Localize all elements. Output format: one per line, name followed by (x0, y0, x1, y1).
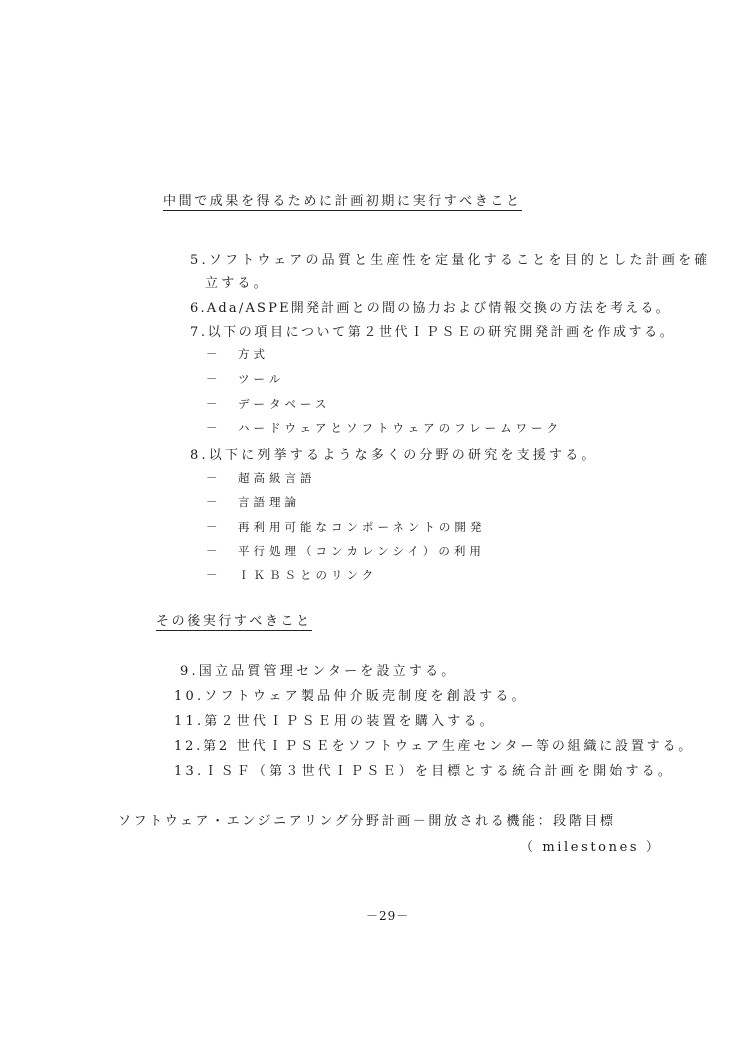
sub-item-8-3: －再利用可能なコンポーネントの開発 (206, 519, 485, 535)
dash-icon: － (206, 396, 238, 412)
figure-caption-milestones: （ milestones ） (520, 836, 661, 855)
sub-item-7-1: －方式 (206, 346, 269, 362)
dash-icon: － (206, 543, 238, 559)
sub-item-8-1: －超高級言語 (206, 470, 316, 486)
sub-item-8-2: －言語理論 (206, 494, 300, 510)
dash-icon: － (206, 567, 238, 583)
figure-caption: ソフトウェア・エンジニアリング分野計画－開放される機能：段階目標 (118, 810, 616, 829)
sub-item-7-3: －データベース (206, 396, 330, 412)
sub-item-7-2: －ツール (206, 371, 284, 387)
section-heading-early-plan: 中間で成果を得るために計画初期に実行すべきこと (163, 190, 522, 211)
list-item-8: 8.以下に列挙するような多くの分野の研究を支援する。 (190, 444, 598, 463)
dash-icon: － (206, 470, 238, 486)
dash-icon: － (206, 494, 238, 510)
dash-icon: － (206, 346, 238, 362)
section-heading-later: その後実行すべきこと (156, 610, 312, 631)
dash-icon: － (206, 371, 238, 387)
page-number: －29－ (366, 907, 409, 924)
dash-icon: － (206, 420, 238, 436)
sub-item-8-5: －ＩＫＢＳとのリンク (206, 567, 377, 583)
list-item-13: 13.ＩＳＦ（第３世代ＩＰＳＥ）を目標とする統合計画を開始する。 (174, 760, 674, 779)
list-item-10: 10.ソフトウェア製品仲介販売制度を創設する。 (174, 685, 528, 704)
list-item-6: 6.Ada/ASPE開発計画との間の協力および情報交換の方法を考える。 (190, 297, 671, 316)
list-item-12: 12.第2 世代ＩＰＳＥをソフトウェア生産センター等の組織に設置する。 (174, 735, 694, 754)
list-item-7: 7.以下の項目について第２世代ＩＰＳＥの研究開発計画を作成する。 (190, 321, 675, 340)
sub-item-7-4: －ハードウェアとソフトウェアのフレームワーク (206, 420, 562, 436)
dash-icon: － (206, 519, 238, 535)
list-item-5: 5.ソフトウェアの品質と生産性を定量化することを目的とした計画を確 (190, 249, 710, 268)
sub-item-8-4: －平行処理（コンカレンシイ）の利用 (206, 543, 485, 559)
list-item-11: 11.第２世代ＩＰＳＥ用の装置を購入する。 (174, 710, 496, 729)
list-item-5-cont: 立する。 (205, 272, 270, 291)
list-item-9: 9.国立品質管理センターを設立する。 (180, 660, 457, 679)
